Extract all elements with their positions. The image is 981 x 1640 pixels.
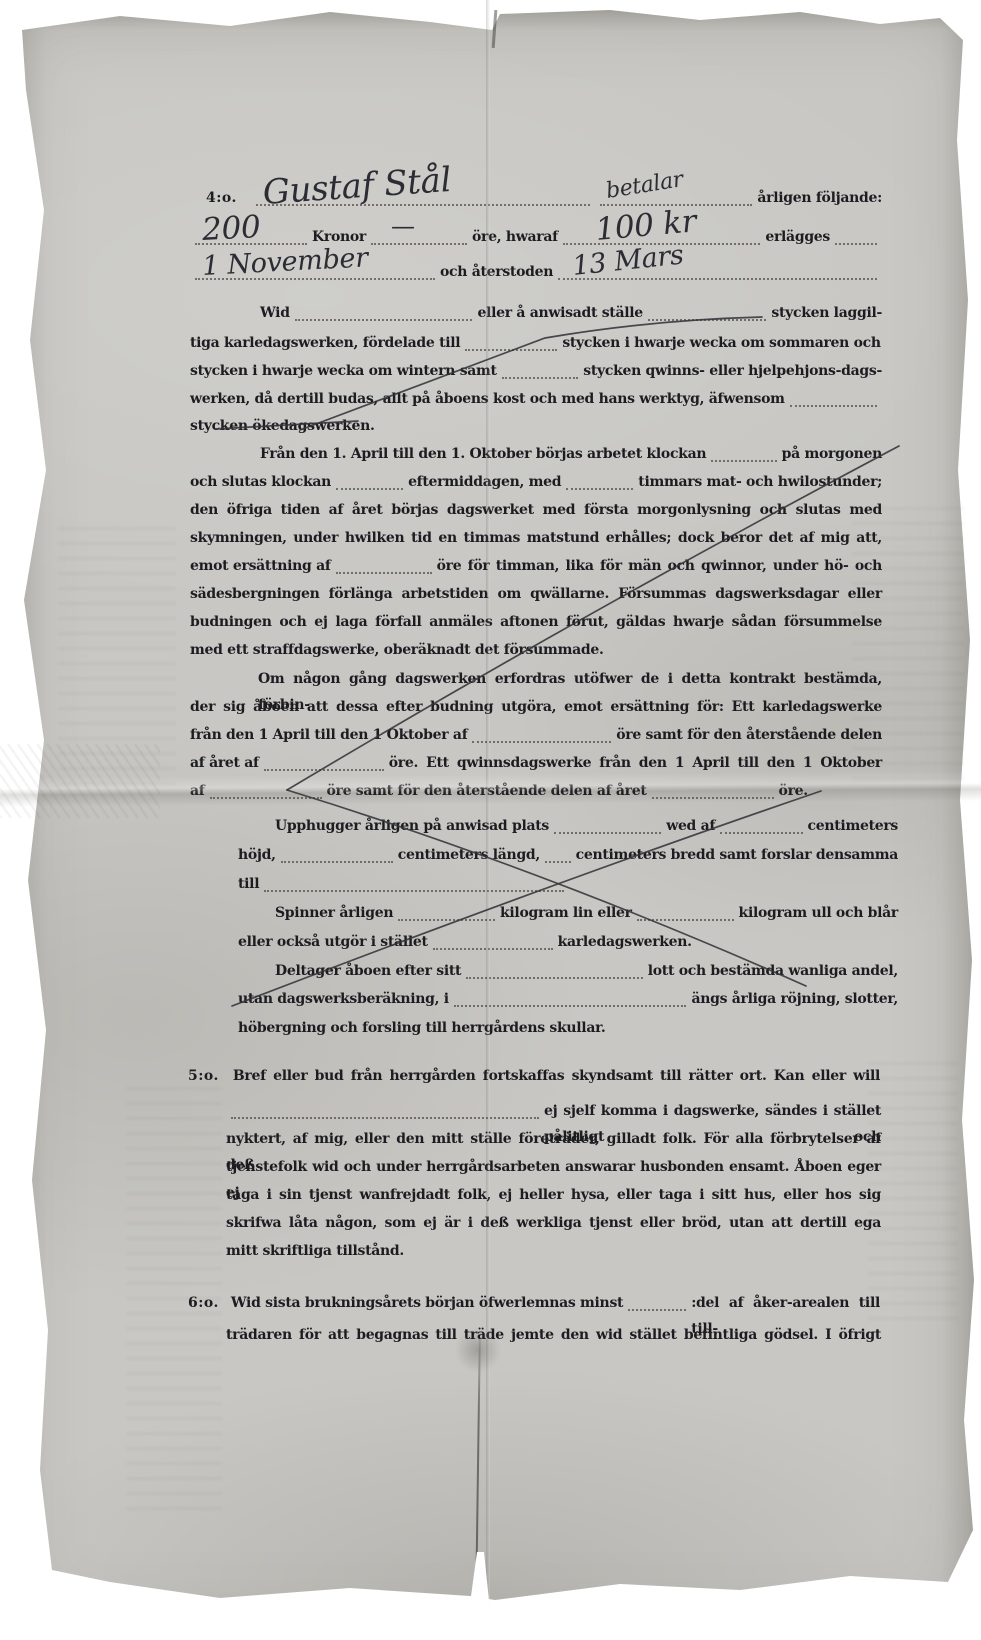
printed-text: Wid [260,300,290,326]
handwritten-entry: 200 [201,212,261,246]
form-line: höjd,centimeters längd,centimeters bredd… [238,842,898,868]
form-line: trädaren för att begagnas till träde jem… [226,1322,881,1348]
dotted-blank [264,766,384,771]
printed-text: och slutas klockan [190,469,331,495]
printed-text: trädaren för att begagnas till träde jem… [226,1322,881,1348]
dotted-blank [652,794,774,799]
dotted-blank [336,485,403,490]
dotted-blank [472,738,611,743]
printed-text: sädesbergningen förlänga arbetstiden om … [190,581,882,607]
printed-text: timmars mat- och hwilostunder; [638,469,882,495]
printed-text: emot ersättning af [190,553,331,579]
printed-text: eftermiddagen, med [408,469,561,495]
form-line: tiga karledagswerken, fördelade tillstyc… [190,330,882,356]
printed-text: öre för timman, lika för män och qwinnor… [437,553,882,579]
form-line: aföre samt för den återstående delen af … [190,778,882,804]
printed-text: werken, då dertill budas, allt på åboens… [190,386,785,412]
printed-text: Upphugger årligen på anwisad plats [275,813,549,839]
printed-text: centimeters [808,813,898,839]
printed-text: der sig åboen att dessa efter budning ut… [190,694,882,720]
dotted-blank [648,316,767,321]
handwritten-entry: 1 November [202,244,369,280]
dotted-blank [835,240,877,245]
printed-text: öre samt för den återstående delen af år… [327,778,647,804]
printed-text: stycken ökedagswerken. [190,413,375,439]
form-line: skymningen, under hwilken tid en timmas … [190,525,882,551]
printed-text: stycken qwinns- eller hjelpehjons-dags- [583,358,882,384]
form-line: Från den 1. April till den 1. Oktober bö… [190,441,882,467]
dotted-blank [454,1002,687,1007]
printed-text: Från den 1. April till den 1. Oktober bö… [260,441,706,467]
dotted-blank [210,794,322,799]
form-line: der sig åboen att dessa efter budning ut… [190,694,882,720]
dotted-blank [398,916,495,921]
form-line: Spinner årligenkilogram lin ellerkilogra… [238,900,898,926]
dotted-blank [628,1306,686,1311]
dotted-blank: 1 November [195,275,435,280]
dotted-blank: 13 Mars [558,275,877,280]
printed-text: på morgonen [782,441,882,467]
printed-text: med ett straffdagswerke, oberäknadt det … [190,637,604,663]
form-line: höbergning och forsling till herrgårdens… [238,1015,898,1041]
form-line: nyktert, af mig, eller den mitt ställe f… [226,1126,881,1152]
printed-text: Bref eller bud från herrgården fortskaff… [233,1063,880,1089]
printed-text: af året af [190,750,259,776]
form-line: Wideller å anwisadt ställestycken laggil… [190,300,882,326]
form-line: af året aföre. Ett qwinnsdagswerke från … [190,750,882,776]
dotted-blank [433,945,553,950]
printed-text: Spinner årligen [275,900,393,926]
printed-text: centimeters längd, [398,842,540,868]
dotted-blank: 200 [195,240,307,245]
dotted-blank [545,858,571,863]
printed-text: karledagswerken. [558,929,692,955]
form-line: stycken i hwarje wecka om wintern samtst… [190,358,882,384]
dotted-blank [502,374,579,379]
dotted-blank: — [371,240,467,245]
printed-text: stycken i hwarje wecka om sommaren och [562,330,880,356]
form-line: mitt skriftliga tillstånd. [226,1238,881,1264]
dotted-blank [554,829,661,834]
handwritten-entry: — [391,214,415,238]
printed-text: eller också utgör i stället [238,929,428,955]
dotted-blank [790,402,877,407]
form-line: 6:o.Wid sista brukningsårets början öfwe… [188,1290,880,1316]
form-line: utan dagswerksberäkning, iängs årliga rö… [238,986,898,1012]
printed-text: stycken i hwarje wecka om wintern samt [190,358,497,384]
clause-label: 6:o. [188,1290,219,1316]
form-line: och slutas klockaneftermiddagen, medtimm… [190,469,882,495]
form-line: 4:o.Gustaf Stålbetalarårligen följande: [190,185,882,211]
printed-text: eller å anwisadt ställe [477,300,642,326]
dotted-blank [295,316,473,321]
printed-text: från den 1 April till den 1 Oktober af [190,722,467,748]
printed-text: ängs årliga röjning, slotter, [691,986,898,1012]
printed-text: kilogram lin eller [500,900,632,926]
form-line: 5:o.Bref eller bud från herrgården forts… [188,1063,880,1089]
form-line: emot ersättning aföre för timman, lika f… [190,553,882,579]
dotted-blank [264,887,564,892]
printed-text: öre. [779,778,808,804]
form-line: budningen och ej laga förfall anmäles af… [190,609,882,635]
handwritten-entry: 100 kr [594,206,697,246]
form-line: stycken ökedagswerken. [190,413,882,439]
printed-text: skrifwa låta någon, som ej är i deß werk… [226,1210,881,1236]
printed-text: öre, hwaraf [472,224,558,250]
dotted-blank [711,457,776,462]
form-line: till [238,871,898,897]
printed-text: öre samt för den återstående delen [616,722,882,748]
form-line: eller också utgör i ställetkarledagswerk… [238,929,898,955]
printed-text: kilogram ull och blår [739,900,898,926]
dotted-blank [281,858,393,863]
printed-text: af [190,778,205,804]
dotted-blank [566,485,633,490]
form-line: taga i sin tjenst wanfrejdadt folk, ej h… [226,1182,881,1208]
clause-label: 5:o. [188,1063,219,1089]
dotted-blank [720,829,802,834]
printed-text: till [238,871,259,897]
form-line: med ett straffdagswerke, oberäknadt det … [190,637,882,663]
printed-text: årligen följande: [757,185,882,211]
form-line: från den 1 April till den 1 Oktober aför… [190,722,882,748]
form-line: werken, då dertill budas, allt på åboens… [190,386,882,412]
printed-text: utan dagswerksberäkning, i [238,986,449,1012]
printed-text: lott och bestämda wanliga andel, [648,958,898,984]
form-line: Om någon gång dagswerken erfordras utöfw… [190,666,882,692]
form-line: ej sjelf komma i dagswerke, sändes i stä… [226,1098,881,1124]
printed-text: öre. Ett qwinnsdagswerke från den 1 Apri… [389,750,882,776]
form-line: Deltager åboen efter sittlott och bestäm… [238,958,898,984]
dotted-blank [336,569,432,574]
dotted-blank: Gustaf Stål [256,201,590,206]
printed-text: taga i sin tjenst wanfrejdadt folk, ej h… [226,1182,881,1208]
printed-text: wed af [666,813,715,839]
dotted-blank [465,346,557,351]
form-line: 1 Novemberoch återstoden13 Mars [190,259,882,285]
printed-text: centimeters bredd samt forslar densamma [576,842,898,868]
form-line: den öfriga tiden af året börjas dagswerk… [190,497,882,523]
printed-text: mitt skriftliga tillstånd. [226,1238,404,1264]
printed-text: Wid sista brukningsårets början öfwerlem… [231,1290,623,1316]
printed-text: och återstoden [440,259,553,285]
printed-text: Deltager åboen efter sitt [275,958,461,984]
printed-text: skymningen, under hwilken tid en timmas … [190,525,882,551]
printed-text: budningen och ej laga förfall anmäles af… [190,609,882,635]
clause-label: 4:o. [206,185,237,211]
printed-text: den öfriga tiden af året börjas dagswerk… [190,497,882,523]
printed-text: höbergning och forsling till herrgårdens… [238,1015,605,1041]
form-line: skrifwa låta någon, som ej är i deß werk… [226,1210,881,1236]
form-line: sädesbergningen förlänga arbetstiden om … [190,581,882,607]
dotted-blank [231,1114,539,1119]
scanned-contract-page: 4:o.Gustaf Stålbetalarårligen följande:2… [0,0,981,1640]
printed-text: höjd, [238,842,276,868]
form-line: tjenstefolk wid och under herrgårdsarbet… [226,1154,881,1180]
printed-text: erlägges [765,224,830,250]
dotted-blank [466,974,643,979]
dotted-blank [637,916,734,921]
form-line: Upphugger årligen på anwisad platswed af… [238,813,898,839]
printed-text: tiga karledagswerken, fördelade till [190,330,460,356]
printed-text: stycken laggil- [771,300,882,326]
